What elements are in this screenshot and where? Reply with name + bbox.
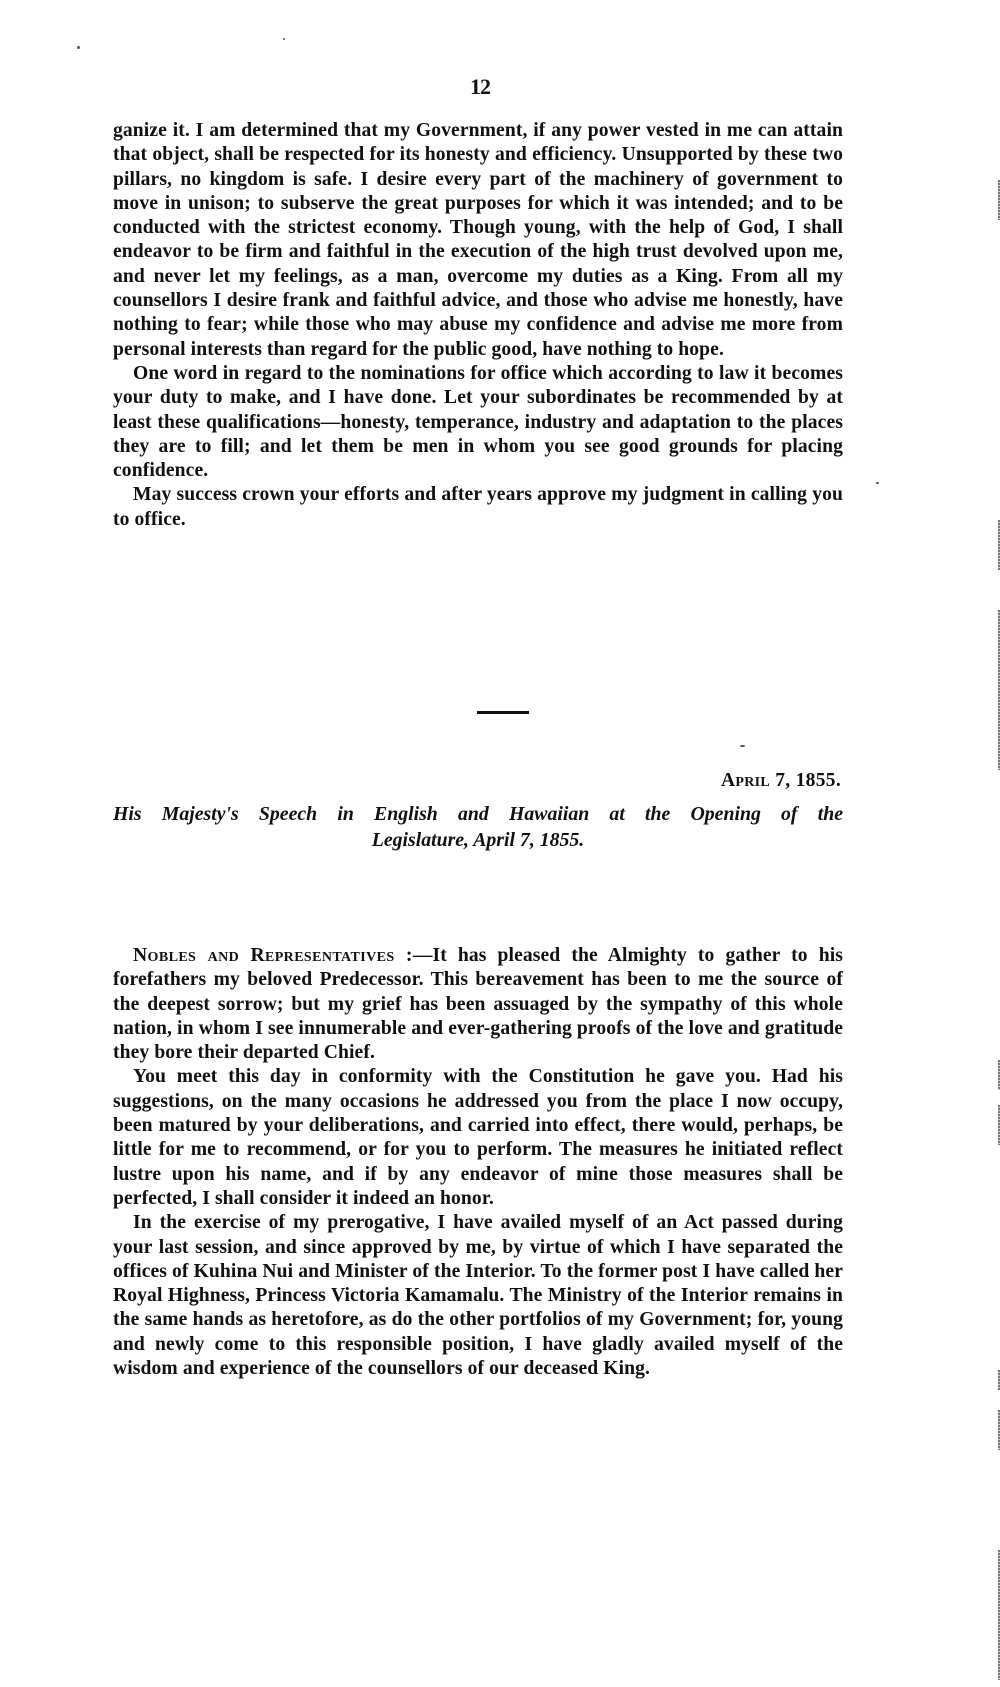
paragraph: Nobles and Representatives :—It has plea… [113,944,843,1065]
salutation: Nobles and Representatives : [133,945,413,966]
paragraph: You meet this day in conformity with the… [113,1065,843,1211]
speech-body: Nobles and Representatives :—It has plea… [113,944,843,1381]
heading-line-2: Legislature, April 7, 1855. [113,827,843,853]
scan-speck [77,46,80,49]
paragraph: In the exercise of my prerogative, I hav… [113,1211,843,1381]
paragraph: ganize it. I am determined that my Gover… [113,119,843,362]
paragraph: One word in regard to the nominations fo… [113,362,843,483]
scan-speck [740,745,745,747]
date-line: April 7, 1855. [113,770,841,792]
speech-continuation: ganize it. I am determined that my Gover… [113,119,843,532]
scan-speck [283,38,285,40]
section-divider [477,711,529,714]
section-heading: His Majesty's Speech in English and Hawa… [113,801,843,853]
scan-speck [876,482,879,484]
document-page: 12 ganize it. I am determined that my Go… [0,0,1000,1687]
page-number: 12 [0,74,960,100]
paragraph: May success crown your efforts and after… [113,483,843,532]
heading-line-1: His Majesty's Speech in English and Hawa… [113,801,843,827]
